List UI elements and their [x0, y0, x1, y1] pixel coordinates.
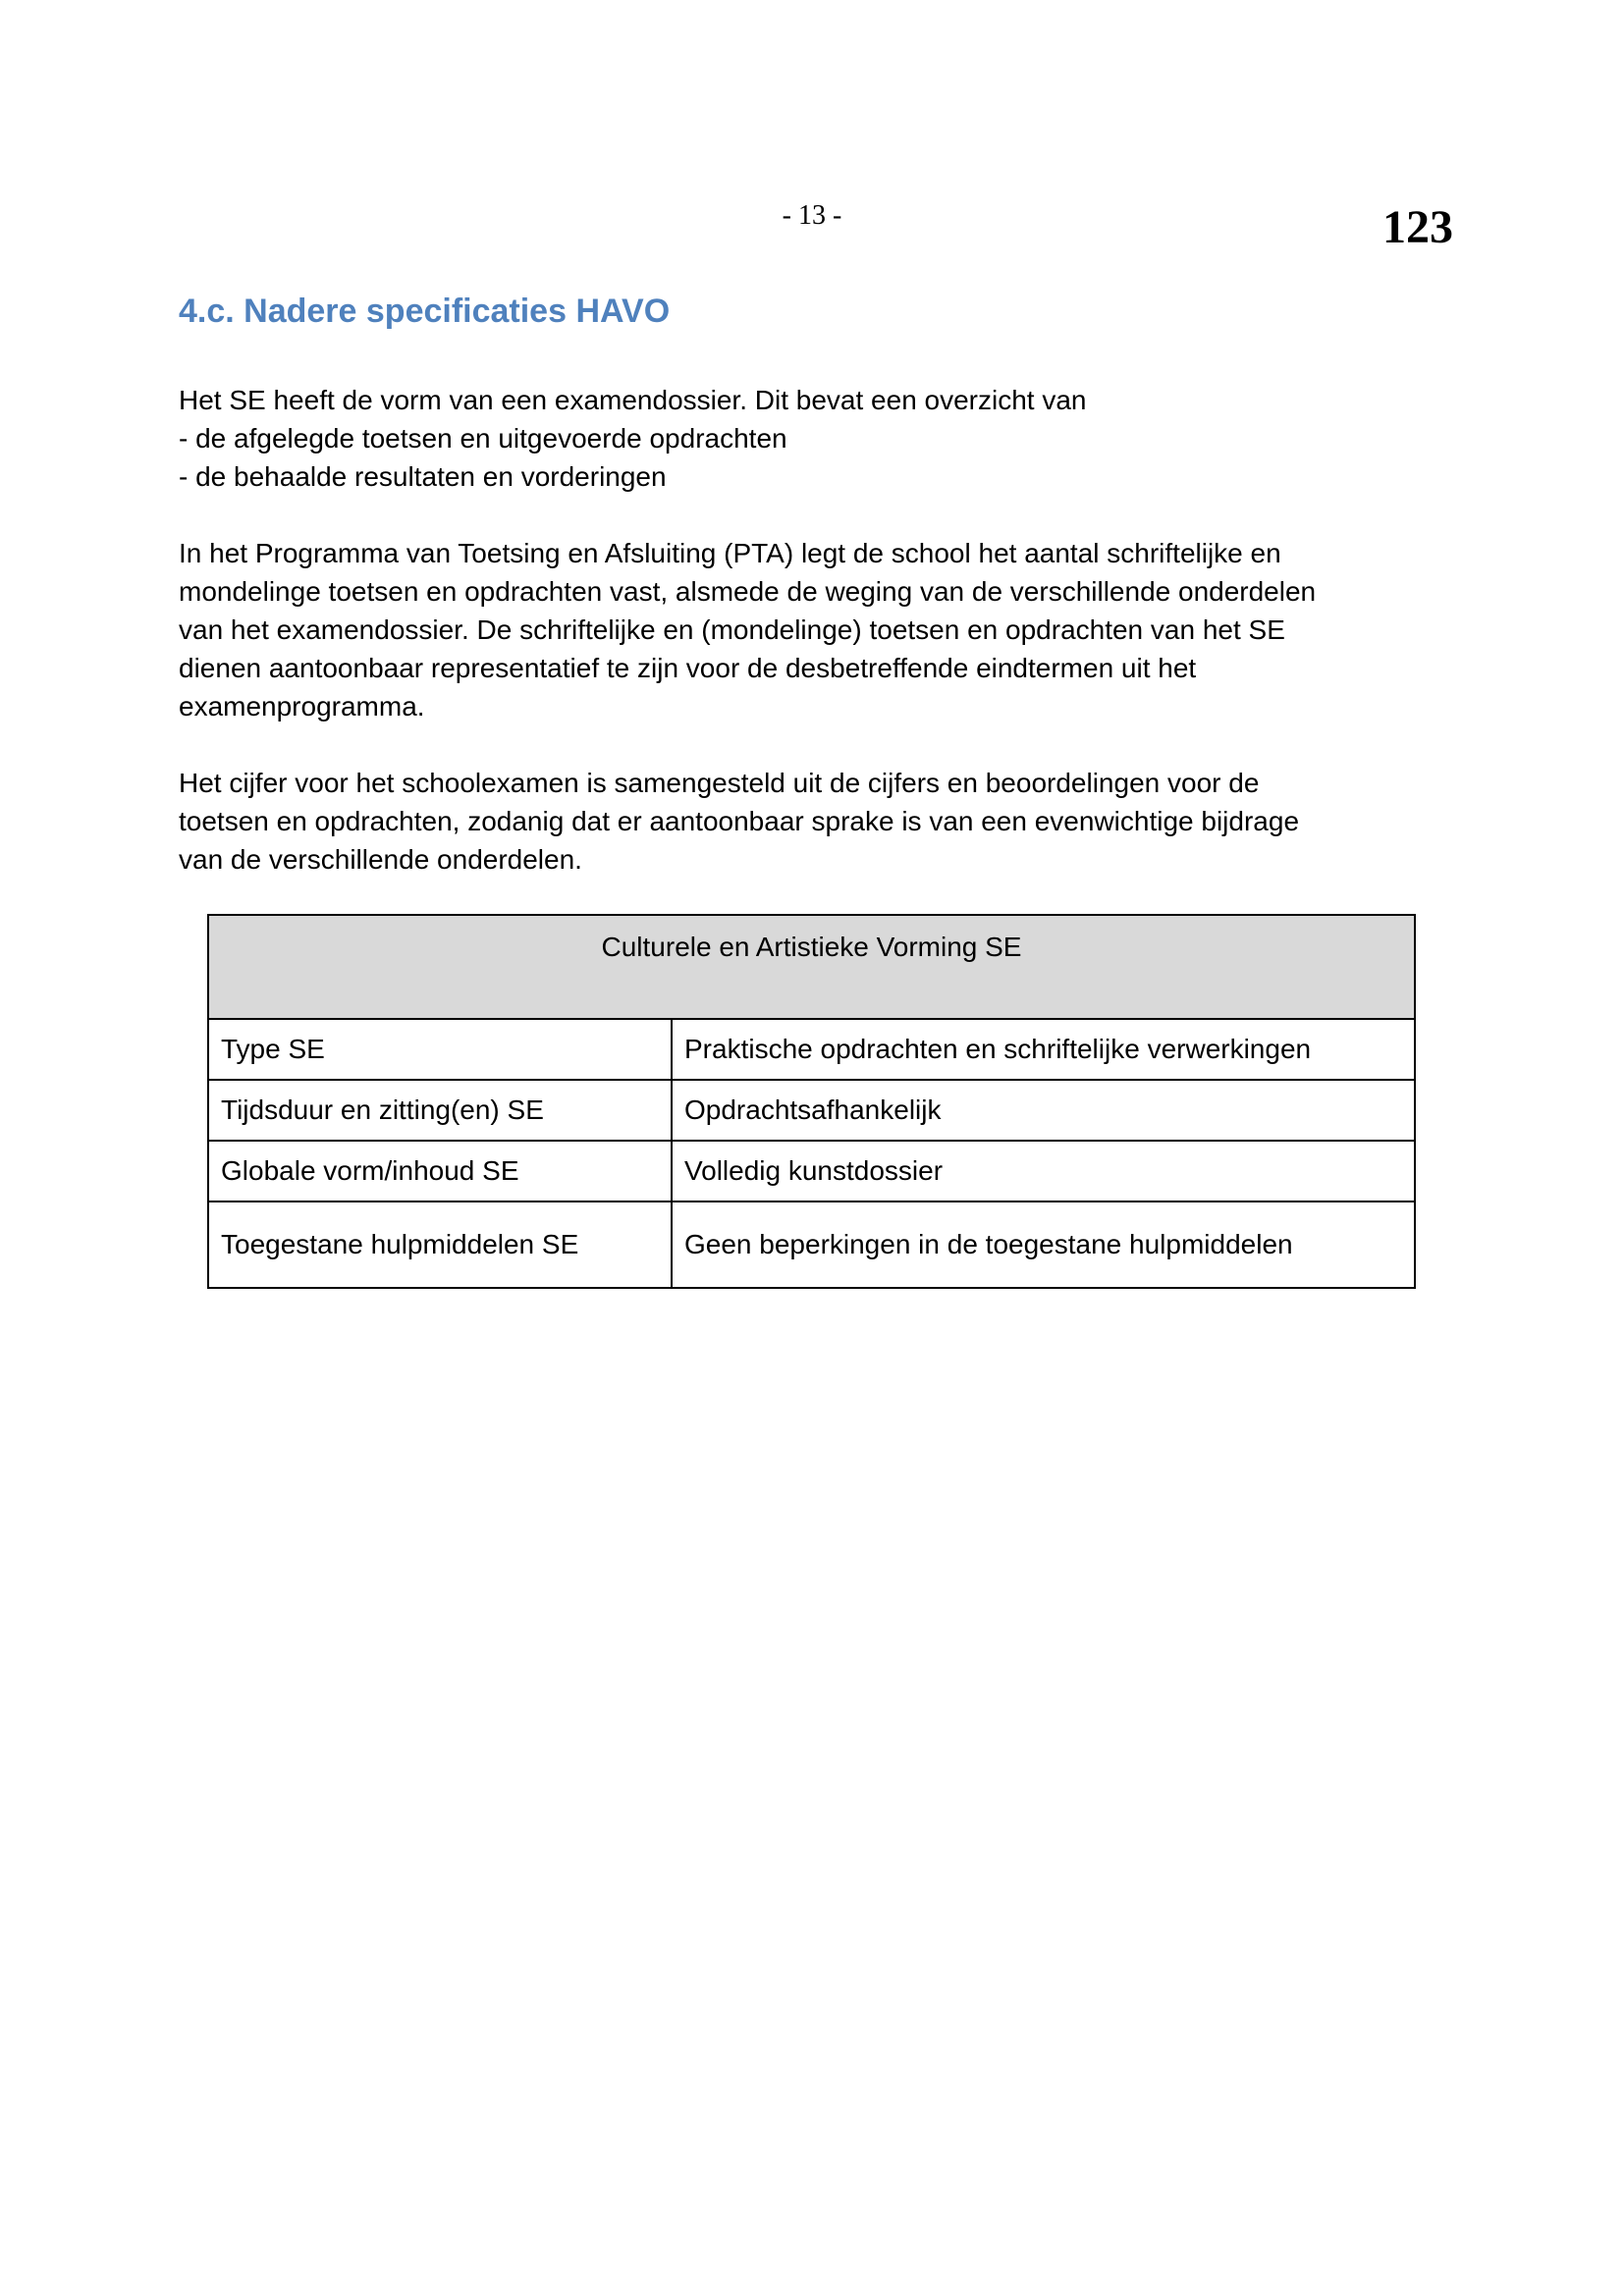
paragraph-line: van het examendossier. De schriftelijke … — [179, 614, 1285, 645]
table-row: Tijdsduur en zitting(en) SE Opdrachtsafh… — [208, 1080, 1415, 1141]
paragraph-line: Het SE heeft de vorm van een examendossi… — [179, 385, 1087, 415]
paragraph-pta: In het Programma van Toetsing en Afsluit… — [179, 534, 1455, 725]
row-label: Globale vorm/inhoud SE — [208, 1141, 672, 1201]
row-label: Type SE — [208, 1019, 672, 1080]
table-title: Culturele en Artistieke Vorming SE — [208, 915, 1415, 1019]
row-label: Tijdsduur en zitting(en) SE — [208, 1080, 672, 1141]
paragraph-line: In het Programma van Toetsing en Afsluit… — [179, 538, 1281, 568]
table-row: Type SE Praktische opdrachten en schrift… — [208, 1019, 1415, 1080]
specification-table: Culturele en Artistieke Vorming SE Type … — [207, 914, 1416, 1289]
list-item: - de behaalde resultaten en vorderingen — [179, 461, 667, 492]
list-item: - de afgelegde toetsen en uitgevoerde op… — [179, 423, 787, 454]
paragraph-examendossier: Het SE heeft de vorm van een examendossi… — [179, 381, 1455, 496]
row-value: Volledig kunstdossier — [672, 1141, 1415, 1201]
paragraph-line: toetsen en opdrachten, zodanig dat er aa… — [179, 806, 1299, 836]
row-label: Toegestane hulpmiddelen SE — [208, 1201, 672, 1288]
document-number: 123 — [1382, 200, 1453, 254]
row-value: Praktische opdrachten en schriftelijke v… — [672, 1019, 1415, 1080]
paragraph-line: examenprogramma. — [179, 691, 425, 721]
paragraph-line: dienen aantoonbaar representatief te zij… — [179, 653, 1196, 683]
table-row: Globale vorm/inhoud SE Volledig kunstdos… — [208, 1141, 1415, 1201]
page-number: - 13 - — [0, 200, 1624, 232]
paragraph-line: mondelinge toetsen en opdrachten vast, a… — [179, 576, 1316, 607]
paragraph-line: van de verschillende onderdelen. — [179, 844, 582, 875]
section-heading: 4.c. Nadere specificaties HAVO — [179, 293, 670, 331]
paragraph-cijfer: Het cijfer voor het schoolexamen is same… — [179, 764, 1455, 879]
row-value: Opdrachtsafhankelijk — [672, 1080, 1415, 1141]
table-row: Toegestane hulpmiddelen SE Geen beperkin… — [208, 1201, 1415, 1288]
paragraph-line: Het cijfer voor het schoolexamen is same… — [179, 768, 1259, 798]
row-value: Geen beperkingen in de toegestane hulpmi… — [672, 1201, 1415, 1288]
